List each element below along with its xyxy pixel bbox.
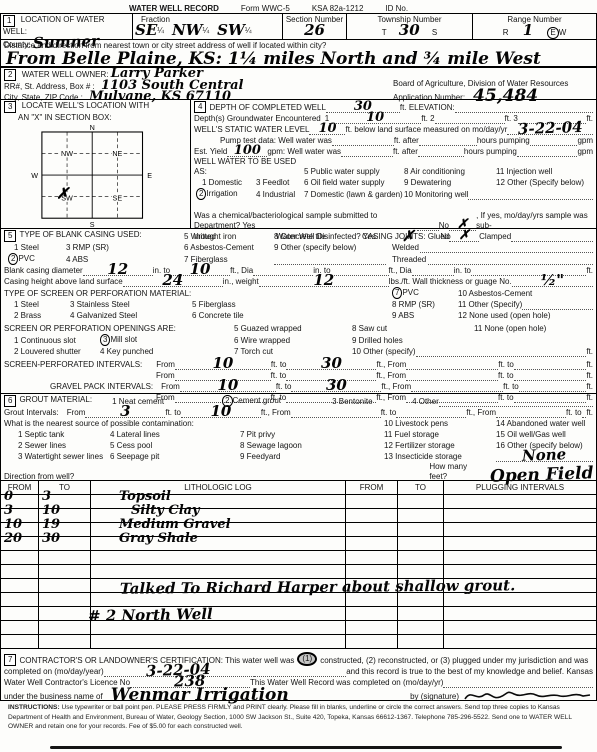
fraction-1: SE bbox=[135, 25, 157, 36]
scan-artifact-bar bbox=[50, 746, 562, 749]
gi-from-value: 3 bbox=[120, 406, 130, 417]
quadrant-ne-label: NE bbox=[112, 150, 122, 158]
fraction-2: NW bbox=[172, 25, 203, 36]
section-number-value: 26 bbox=[304, 21, 325, 39]
spi2-ft-from: ft., From bbox=[376, 371, 406, 381]
gi-from3-blank bbox=[496, 408, 566, 418]
contam-option-10: 10 Livestock pens bbox=[384, 419, 496, 429]
gpi-from-value: 10 bbox=[217, 380, 238, 391]
gw-2: ft. 2 bbox=[421, 114, 434, 124]
welded-label: Welded bbox=[392, 243, 420, 253]
gpi-label: GRAVEL PACK INTERVALS: bbox=[50, 382, 153, 392]
dia-ft-label: ft. bbox=[586, 266, 593, 276]
form-header: WATER WELL RECORD Form WWC-5 KSA 82a-121… bbox=[0, 0, 597, 14]
log-2-from: 3 bbox=[4, 506, 13, 516]
spi-ft-end: ft. bbox=[586, 360, 593, 370]
use-2-number: 2 bbox=[196, 188, 206, 200]
casing-title: TYPE OF BLANK CASING USED: bbox=[19, 230, 141, 239]
section-3-4-row: 3 LOCATE WELL'S LOCATION WITH AN "X" IN … bbox=[0, 99, 597, 229]
weight-label: in., weight bbox=[223, 277, 259, 287]
wall-blank: ½" bbox=[512, 277, 593, 287]
welded-blank bbox=[420, 243, 593, 253]
section-4-depth: 4 DEPTH OF COMPLETED WELL 30 ft. ELEVATI… bbox=[191, 100, 596, 228]
depth-label: DEPTH OF COMPLETED WELL bbox=[209, 103, 325, 113]
dia-in-to-2: in. to bbox=[454, 266, 471, 276]
dia-ft-blank-1 bbox=[331, 266, 389, 276]
log-row-4: 20 30 Gray Shale bbox=[1, 537, 597, 551]
screen-option-5: 5 Fiberglass bbox=[192, 300, 392, 310]
instructions-block: INSTRUCTIONS: Use typewriter or ball poi… bbox=[0, 701, 597, 732]
license-value: 238 bbox=[174, 675, 206, 687]
diameter-ft-value: 10 bbox=[190, 264, 211, 275]
screen-option-11: 11 Other (Specify) bbox=[458, 300, 522, 310]
screen-7-label: PVC bbox=[402, 288, 418, 297]
use-option-7: 7 Domestic (lawn & garden) bbox=[304, 190, 404, 200]
opening-option-11: 11 None (open hole) bbox=[474, 324, 546, 334]
pump-hours-blank bbox=[419, 136, 477, 146]
fraction-cell: Fraction SE¼ NW¼ SW¼ bbox=[132, 14, 282, 39]
certification-line-1b: constructed, (2) reconstructed, or (3) p… bbox=[320, 656, 588, 666]
spi-to2-blank bbox=[514, 360, 587, 370]
glued-x: ✗ bbox=[459, 231, 470, 241]
opening-3-number: 3 bbox=[100, 334, 110, 346]
dia-ft-blank-2 bbox=[471, 266, 586, 276]
yield-hours-blank bbox=[418, 147, 464, 157]
screen-option-2: 2 Brass bbox=[4, 311, 70, 321]
casing-option-2-circled: 2PVC bbox=[4, 253, 66, 265]
spi2-from-label: From bbox=[156, 371, 175, 381]
weight-blank: 12 bbox=[259, 277, 389, 287]
height-blank: 24 bbox=[123, 277, 223, 287]
glued-blank: ✗ bbox=[449, 232, 479, 242]
use-option-8: 8 Air conditioning bbox=[404, 167, 496, 177]
contam-option-14: 14 Abandoned water well bbox=[496, 419, 585, 429]
threaded-label: Threaded bbox=[392, 255, 428, 265]
use-label: WELL WATER TO BE USED AS: bbox=[194, 157, 304, 177]
spi2-to2-blank bbox=[514, 371, 587, 381]
log-2-desc: Silty Clay bbox=[131, 506, 200, 516]
diameter-blank: 12 bbox=[83, 266, 153, 276]
contam-option-6: 6 Seepage pit bbox=[110, 452, 240, 462]
screen-option-6: 6 Concrete tile bbox=[192, 311, 392, 321]
gw-1-blank: 10 bbox=[329, 114, 421, 124]
section-1-location: 1 LOCATION OF WATER WELL: County: Sumner… bbox=[0, 13, 597, 40]
pump-gpm-blank bbox=[530, 136, 578, 146]
water-well-record-form: WATER WELL RECORD Form WWC-5 KSA 82a-121… bbox=[0, 0, 597, 752]
section-6-grout: 6GROUT MATERIAL: 1 Neat cement 2Cement g… bbox=[0, 393, 597, 481]
groundwater-label: Depth(s) Groundwater Encountered bbox=[194, 114, 321, 124]
distance-value: From Belle Plaine, KS: 1¼ miles North an… bbox=[6, 53, 593, 66]
gpi-from2-blank bbox=[411, 382, 503, 392]
screen-material-title: TYPE OF SCREEN OR PERFORATION MATERIAL: bbox=[4, 289, 252, 299]
yield-mid: gpm: Well water was bbox=[267, 147, 341, 157]
screen-option-10: 10 Asbestos-Cement bbox=[458, 289, 532, 299]
casing-option-5: 5 Wrought iron bbox=[184, 232, 274, 242]
section-3-title-1: LOCATE WELL'S LOCATION WITH bbox=[22, 101, 149, 110]
spi2-from2-blank bbox=[406, 371, 498, 381]
signature-label: by (signature) bbox=[410, 692, 459, 702]
casing-option-3: 3 RMP (SR) bbox=[66, 243, 184, 253]
feet-label: How many feet? bbox=[429, 462, 479, 482]
static-level-blank: 10 bbox=[309, 125, 345, 135]
section-box-diagram: N W E S NW NE SW SE ✗ bbox=[4, 123, 184, 229]
opening-option-10: 10 Other (specify) bbox=[352, 347, 416, 357]
log-row-6 bbox=[1, 565, 597, 579]
section-4-number: 4 bbox=[194, 101, 206, 113]
section-3-title-2: AN "X" IN SECTION BOX: bbox=[4, 113, 187, 123]
yield-value: 100 bbox=[234, 146, 261, 156]
contam-answer-value: None bbox=[522, 449, 567, 462]
address-label: RR#, St. Address, Box # : bbox=[4, 82, 95, 91]
log-row-8 bbox=[1, 593, 597, 607]
use-option-10: 10 Monitoring well bbox=[404, 190, 468, 200]
contam-option-13: 13 Insecticide storage bbox=[384, 452, 496, 462]
use-option-9: 9 Dewatering bbox=[404, 178, 496, 188]
section-6-number: 6 bbox=[4, 395, 16, 407]
measured-date-value: 3-22-04 bbox=[518, 122, 583, 135]
height-label: Casing height above land surface bbox=[4, 277, 123, 287]
gw-2-blank bbox=[435, 114, 505, 124]
clamped-blank bbox=[511, 232, 593, 242]
screen-option-4: 4 Galvanized Steel bbox=[70, 311, 192, 321]
quadrant-se-label: SE bbox=[113, 194, 123, 202]
opening-ft: ft. bbox=[586, 347, 593, 357]
use-2-label: Irrigation bbox=[206, 189, 237, 198]
contam-option-11: 11 Fuel storage bbox=[384, 430, 496, 440]
gpi-from-blank: 10 bbox=[180, 382, 276, 392]
quadrant-nw-label: NW bbox=[61, 150, 73, 158]
contam-option-4: 4 Lateral lines bbox=[110, 430, 240, 440]
grout-intervals-label: Grout Intervals: bbox=[4, 408, 59, 418]
grout-2-label: Cement grout bbox=[233, 396, 281, 405]
yield-ft-after: ft. after bbox=[393, 147, 418, 157]
gpi-to-value: 30 bbox=[326, 380, 347, 391]
height-value: 24 bbox=[162, 275, 183, 286]
contam-option-5: 5 Cess pool bbox=[110, 441, 240, 451]
section-2-number: 2 bbox=[4, 69, 16, 81]
casing-option-8: 8 Concrete tile bbox=[274, 232, 362, 242]
certification-line-2b: and this record is true to the best of m… bbox=[346, 667, 593, 677]
instructions-prefix: INSTRUCTIONS: bbox=[8, 704, 60, 711]
log-3-to: 19 bbox=[42, 520, 60, 530]
quarter-2: ¼ bbox=[203, 26, 210, 36]
depth-blank: 30 bbox=[326, 103, 400, 113]
dia-blank-2 bbox=[412, 266, 454, 276]
contam-option-15: 15 Oil well/Gas well bbox=[496, 430, 566, 440]
use-option-6: 6 Oil field water supply bbox=[304, 178, 404, 188]
quarter-3: ¼ bbox=[245, 26, 252, 36]
pump-ft-after: ft. after bbox=[394, 136, 419, 146]
gi-ft-from-2: ft., From bbox=[466, 408, 496, 418]
yield-gpm-blank bbox=[517, 147, 578, 157]
contam-option-2: 2 Sewer lines bbox=[4, 441, 110, 451]
grout-option-4: 4 Other bbox=[412, 397, 439, 407]
contam-answer-blank: None bbox=[496, 452, 593, 462]
pump-test-label: Pump test data: Well water was bbox=[194, 136, 332, 146]
gi-ft-to-3: ft. to bbox=[566, 408, 582, 418]
measured-date-blank: 3-22-04 bbox=[507, 125, 593, 135]
spi-from-value: 10 bbox=[212, 358, 233, 369]
section-5-number: 5 bbox=[4, 230, 16, 242]
range-w: W bbox=[559, 28, 567, 37]
spi-from2-blank bbox=[406, 360, 498, 370]
lithologic-log-section: FROM TO LITHOLOGIC LOG FROM TO PLUGGING … bbox=[0, 480, 597, 649]
openings-title: SCREEN OR PERFORATION OPENINGS ARE: bbox=[4, 324, 234, 334]
township-cell: Township Number T 30 S bbox=[346, 14, 472, 39]
clamped-label: Clamped bbox=[479, 232, 511, 242]
screen-option-1: 1 Steel bbox=[4, 300, 70, 310]
spi-from-label: From bbox=[156, 360, 175, 370]
pump-gpm-label: gpm bbox=[577, 136, 593, 146]
log-row-9 bbox=[1, 607, 597, 621]
contam-option-7: 7 Pit privy bbox=[240, 430, 384, 440]
spi-to-value: 30 bbox=[321, 358, 342, 369]
gpi-to2-blank bbox=[519, 382, 587, 392]
use-option-2-circled: 2Irrigation bbox=[194, 188, 256, 200]
gpi-ft-to-2: ft. to bbox=[503, 382, 519, 392]
spi-to-blank: 30 bbox=[286, 360, 376, 370]
use-other-blank bbox=[468, 190, 593, 200]
section-5-casing: 5TYPE OF BLANK CASING USED: 5 Wrought ir… bbox=[0, 228, 597, 394]
log-3-desc: Medium Gravel bbox=[119, 520, 231, 530]
distance-row: Distance and direction from nearest town… bbox=[0, 39, 597, 68]
log-1-to: 3 bbox=[42, 492, 51, 502]
opening-option-5: 5 Guazed wrapped bbox=[234, 324, 352, 334]
compass-n-label: N bbox=[90, 124, 95, 132]
screen-option-7-circled: 7PVC bbox=[392, 287, 458, 299]
casing-other-blank bbox=[274, 255, 386, 265]
gi-ft-to-2: ft. to bbox=[381, 408, 397, 418]
gi-to2-blank bbox=[396, 408, 466, 418]
use-option-5: 5 Public water supply bbox=[304, 167, 404, 177]
opening-option-1: 1 Continuous slot bbox=[4, 336, 100, 346]
log-row-11 bbox=[1, 635, 597, 649]
gi-ft-from: ft., From bbox=[261, 408, 291, 418]
casing-option-1: 1 Steel bbox=[4, 243, 66, 253]
gi-ft-to: ft. to bbox=[165, 408, 181, 418]
screen-option-3: 3 Stainless Steel bbox=[70, 300, 192, 310]
dia-label-2: ft., Dia bbox=[389, 266, 412, 276]
log-row-1: 0 3 Topsoil bbox=[1, 495, 597, 509]
yield-ft-blank bbox=[341, 147, 393, 157]
lithologic-log-table: FROM TO LITHOLOGIC LOG FROM TO PLUGGING … bbox=[0, 480, 597, 649]
well-location-x-mark: ✗ bbox=[56, 185, 70, 202]
yield-blank: 100 bbox=[227, 147, 267, 157]
elevation-blank bbox=[455, 103, 593, 113]
use-option-12: 12 Other (Specify below) bbox=[496, 178, 584, 188]
section-number-cell: Section Number 26 bbox=[282, 14, 346, 39]
gpi-from-label: From bbox=[161, 382, 180, 392]
business-name-label: under the business name of bbox=[4, 692, 103, 702]
log-header-plugging: PLUGGING INTERVALS bbox=[444, 481, 597, 495]
diameter-label: Blank casing diameter bbox=[4, 266, 83, 276]
screen-option-8: 8 RMP (SR) bbox=[392, 300, 458, 310]
log-4-from: 20 bbox=[4, 534, 22, 544]
spi-ft-to-2: ft. to bbox=[498, 360, 514, 370]
spi-ft-to: ft. to bbox=[271, 360, 287, 370]
diameter-value: 12 bbox=[107, 264, 128, 275]
screen-option-9: 9 ABS bbox=[392, 311, 458, 321]
county-cell: 1 LOCATION OF WATER WELL: County: Sumner bbox=[1, 14, 132, 39]
spi2-ft-to-2: ft. to bbox=[498, 371, 514, 381]
instructions-body: Use typewriter or ball point pen. PLEASE… bbox=[8, 704, 572, 730]
casing-option-6: 6 Asbestos-Cement bbox=[184, 243, 274, 253]
log-row-10 bbox=[1, 621, 597, 635]
use-option-1: 1 Domestic bbox=[194, 178, 256, 188]
use-option-11: 11 Injection well bbox=[496, 167, 552, 177]
log-4-desc: Gray Shale bbox=[119, 534, 198, 544]
opening-option-9: 9 Drilled holes bbox=[352, 336, 403, 346]
screen-other-blank bbox=[522, 300, 593, 310]
weight-value: 12 bbox=[313, 275, 334, 286]
grout-title: GROUT MATERIAL: bbox=[19, 395, 92, 404]
grout-option-2-circled: 2Cement grout bbox=[222, 395, 332, 407]
gi-from-label: From bbox=[67, 408, 86, 418]
contam-option-8: 8 Sewage lagoon bbox=[240, 441, 384, 451]
casing-2-number: 2 bbox=[8, 253, 18, 265]
opening-other-blank bbox=[416, 347, 587, 357]
owner-label: WATER WELL OWNER: bbox=[22, 70, 109, 79]
opening-option-8: 8 Saw cut bbox=[352, 324, 474, 334]
contamination-label: What is the nearest source of possible c… bbox=[4, 419, 384, 429]
wall-thickness-label: lbs./ft. Wall thickness or guage No. bbox=[389, 277, 512, 287]
gpi-ft-end: ft. bbox=[586, 382, 593, 392]
log-row-3: 10 19 Medium Gravel bbox=[1, 523, 597, 537]
log-row-5 bbox=[1, 551, 597, 565]
section-1-number: 1 bbox=[3, 15, 15, 27]
township-t: T bbox=[382, 28, 387, 37]
screen-option-12: 12 None used (open hole) bbox=[458, 311, 551, 321]
yield-label: Est. Yield bbox=[194, 147, 227, 157]
dia-label-1: ft., Dia bbox=[230, 266, 253, 276]
section-7-number: 7 bbox=[4, 654, 16, 666]
gpi-ft-to: ft. to bbox=[276, 382, 292, 392]
contam-option-9: 9 Feedyard bbox=[240, 452, 384, 462]
log-header-from-2: FROM bbox=[346, 481, 398, 495]
gw-ft: ft. bbox=[586, 114, 593, 124]
dia-blank-1 bbox=[253, 266, 313, 276]
quarter-1: ¼ bbox=[157, 26, 164, 36]
contam-option-1: 1 Septic tank bbox=[4, 430, 110, 440]
gi-ft-end: ft. bbox=[586, 408, 593, 418]
range-r: R bbox=[503, 28, 509, 37]
static-level-label: WELL'S STATIC WATER LEVEL bbox=[194, 125, 309, 135]
grout-option-3: 3 Bentonite bbox=[332, 397, 412, 407]
gi-from2-blank bbox=[291, 408, 381, 418]
gi-to-blank: 10 bbox=[181, 408, 261, 418]
fraction-3: SW bbox=[217, 25, 245, 36]
log-4-to: 30 bbox=[42, 534, 60, 544]
wall-value: ½" bbox=[541, 275, 564, 286]
log-row-7 bbox=[1, 579, 597, 593]
log-header-to-2: TO bbox=[398, 481, 444, 495]
gpi-to-blank: 30 bbox=[291, 382, 381, 392]
spi-from-blank: 10 bbox=[175, 360, 271, 370]
section-3-number: 3 bbox=[4, 101, 16, 113]
township-value: 30 bbox=[399, 21, 420, 39]
range-label: Range Number bbox=[475, 15, 594, 25]
static-level-mid: ft. below land surface measured on mo/da… bbox=[345, 125, 507, 135]
threaded-blank bbox=[428, 255, 593, 265]
contam-option-3: 3 Watertight sewer lines bbox=[4, 452, 110, 462]
completed-on-label: completed on (mo/day/year) bbox=[4, 667, 104, 677]
spi2-ft-to: ft. to bbox=[271, 371, 287, 381]
log-row-2: 3 10 Silty Clay bbox=[1, 509, 597, 523]
opening-option-2: 2 Louvered shutter bbox=[4, 347, 100, 357]
section-7-certification: 7 CONTRACTOR'S OR LANDOWNER'S CERTIFICAT… bbox=[0, 648, 597, 701]
casing-2-label: PVC bbox=[18, 254, 34, 263]
use-option-3: 3 Feedlot bbox=[256, 178, 304, 188]
log-3-from: 10 bbox=[4, 520, 22, 530]
grout-other-blank bbox=[439, 397, 593, 407]
signature-scribble bbox=[463, 688, 593, 702]
range-cell: Range Number R 1 EW bbox=[472, 14, 596, 39]
log-1-desc: Topsoil bbox=[119, 492, 171, 502]
section-2-owner: 2 WATER WELL OWNER: Larry Parker RR#, St… bbox=[0, 67, 597, 100]
constructed-1-circled: (1) bbox=[297, 652, 317, 666]
gi-from-blank: 3 bbox=[85, 408, 165, 418]
opening-option-6: 6 Wire wrapped bbox=[234, 336, 352, 346]
static-level-value: 10 bbox=[318, 124, 336, 134]
range-value: 1 bbox=[523, 21, 533, 39]
record-completed-blank bbox=[443, 678, 593, 688]
gpi-ft-from: ft., From bbox=[381, 382, 411, 392]
opening-option-3-circled: 3Mill slot bbox=[100, 334, 234, 346]
business-name-value: Wenmar Irrigation bbox=[111, 689, 341, 702]
spi-ft-from: ft., From bbox=[376, 360, 406, 370]
contam-option-12: 12 Fertilizer storage bbox=[384, 441, 496, 451]
section-3-locate: 3 LOCATE WELL'S LOCATION WITH AN "X" IN … bbox=[1, 100, 191, 228]
casing-option-9: 9 Other (specify below) bbox=[274, 243, 392, 253]
elevation-label: ft. ELEVATION: bbox=[400, 103, 455, 113]
gw-1-value: 10 bbox=[366, 113, 384, 123]
completed-filler bbox=[254, 667, 347, 677]
compass-e-label: E bbox=[147, 172, 152, 180]
pump-ft-blank bbox=[332, 136, 394, 146]
gi-to-value: 10 bbox=[210, 406, 231, 417]
casing-joints-label: CASING JOINTS: Glued bbox=[362, 232, 449, 242]
screen-7-number: 7 bbox=[392, 287, 402, 299]
range-east-circled: E bbox=[547, 27, 558, 39]
spi2-ft-end: ft. bbox=[586, 371, 593, 381]
opening-3-label: Mill slot bbox=[110, 335, 137, 344]
yield-hours-label: hours pumping bbox=[464, 147, 517, 157]
spi-label: SCREEN-PERFORATED INTERVALS: bbox=[4, 360, 142, 370]
log-2-to: 10 bbox=[42, 506, 60, 516]
log-1-from: 0 bbox=[4, 492, 13, 502]
township-s: S bbox=[432, 28, 437, 37]
yield-gpm-label: gpm bbox=[577, 147, 593, 157]
gw-3: ft. 3 bbox=[505, 114, 518, 124]
compass-w-label: W bbox=[31, 172, 38, 180]
use-option-4: 4 Industrial bbox=[256, 190, 304, 200]
